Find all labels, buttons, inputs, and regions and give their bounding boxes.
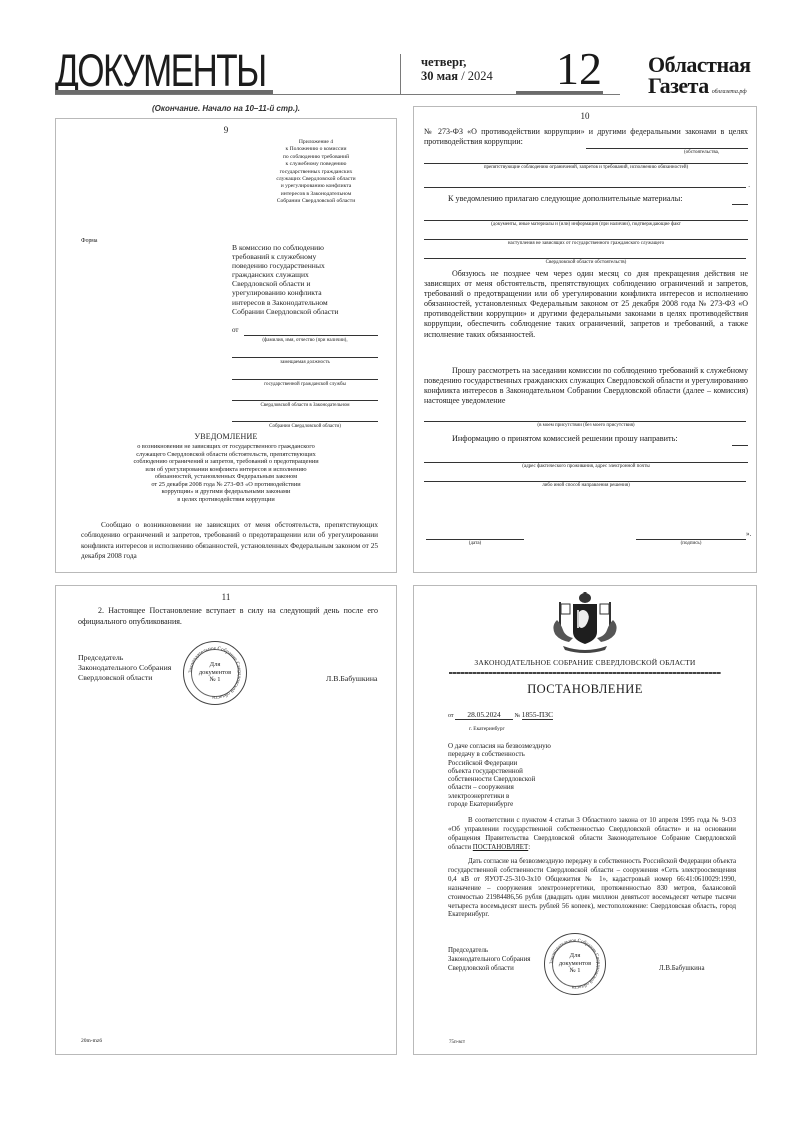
addressee-block: В комиссию по соблюдениютребований к слу… <box>232 243 382 316</box>
request-paragraph: Прошу рассмотреть на заседании комиссии … <box>424 366 748 406</box>
notice-subtitle-line: коррупции» и другими федеральными закона… <box>76 488 376 496</box>
addressee-line: интересов в Законодательном <box>232 298 382 307</box>
resolution-date-number: от 28.05.2024 № 1855-ПЗС <box>448 710 553 721</box>
official-stamp: Законодательное Собрание Свердловской об… <box>183 641 247 705</box>
subject-line: Российской Федерации <box>448 759 578 767</box>
appendix-heading: Приложение 4к Положению о комиссиипо соб… <box>241 139 391 206</box>
clause-2: 2. Настоящее Постановление вступает в си… <box>78 606 378 627</box>
appendix-line: к Положению о комиссии <box>241 146 391 153</box>
subject-line: электроэнергетики в <box>448 792 578 800</box>
obligation-paragraph: Обязуюсь не позднее чем через один месяц… <box>424 269 748 340</box>
notice-subtitle: о возникновении не зависящих от государс… <box>76 443 376 503</box>
date-day-month: 30 мая <box>421 69 458 83</box>
notice-title: УВЕДОМЛЕНИЕ <box>56 432 396 441</box>
coat-of-arms-icon <box>537 592 633 654</box>
notice-subtitle-line: о возникновении не зависящих от государс… <box>76 443 376 451</box>
stamp-center-text: Длядокументов№ 1 <box>545 952 605 975</box>
subject-line: городе Екатеринбурге <box>448 800 578 808</box>
weekday: четверг, <box>421 55 493 69</box>
delivery-field-3[interactable] <box>424 481 746 482</box>
notice-body: Сообщаю о возникновении не зависящих от … <box>81 520 378 562</box>
stamp-line: № 1 <box>184 676 246 684</box>
subject-line: О даче согласия на безвозмездную <box>448 742 578 750</box>
page-number: 11 <box>56 592 396 602</box>
document-page-9: 9 Приложение 4к Положению о комиссиипо с… <box>55 118 397 573</box>
field-caption: замещаемая должность <box>232 360 378 366</box>
stamp-line: Для <box>184 661 246 669</box>
newspaper-brand[interactable]: Областная Газетаоблгазета.рф <box>648 54 751 103</box>
field-caption: либо иной способ направления решения) <box>424 483 748 489</box>
delivery-field-2[interactable] <box>424 462 748 463</box>
subject-line: объекта государственной <box>448 767 578 775</box>
notice-subtitle-line: соблюдению ограничений и запретов, требо… <box>76 458 376 466</box>
field-caption: наступления не зависящих от государствен… <box>424 241 748 247</box>
brand-line-1: Областная <box>648 54 751 75</box>
period-mark: . <box>748 181 750 189</box>
signatory-line: Председатель <box>78 653 171 663</box>
brand-site[interactable]: облгазета.рф <box>712 89 747 95</box>
stamp-line: документов <box>184 669 246 677</box>
subject-line: собственности Свердловской <box>448 775 578 783</box>
date-field[interactable] <box>426 539 524 540</box>
signatory-name: Л.В.Бабушкина <box>659 965 705 972</box>
closing-mark: ». <box>746 530 751 538</box>
appendix-line: Собрании Свердловской области <box>241 198 391 205</box>
number-prefix: № <box>515 713 521 719</box>
stamp-center-text: Длядокументов№ 1 <box>184 661 246 684</box>
signatory-name: Л.В.Бабушкина <box>326 674 378 683</box>
field-caption: Собрании Свердловской области) <box>232 424 378 430</box>
signatory-line: Законодательного Собрания <box>448 956 530 965</box>
document-page-10: 10 № 273-ФЗ «О противодействии коррупции… <box>413 106 757 573</box>
attachments-label: К уведомлению прилагаю следующие дополни… <box>448 194 682 203</box>
continued-note: (Окончание. Начало на 10–11-й стр.). <box>55 104 397 113</box>
date-caption: (дата) <box>426 541 524 547</box>
issue-date: четверг, 30 мая / 2024 <box>421 55 493 83</box>
header-separator <box>400 54 401 95</box>
resolution-subject: О даче согласия на безвозмезднуюпередачу… <box>448 742 578 808</box>
section-title: ДОКУМЕНТЫ <box>55 48 266 94</box>
field-caption: (фамилия, имя, отчество (при наличии), <box>232 338 378 344</box>
appendix-line: и урегулированию конфликта <box>241 183 391 190</box>
document-page-resolution: ЗАКОНОДАТЕЛЬНОЕ СОБРАНИЕ СВЕРДЛОВСКОЙ ОБ… <box>413 585 757 1055</box>
notice-subtitle-line: от 25 декабря 2008 года № 273-ФЗ «О прот… <box>76 481 376 489</box>
addressee-line: В комиссию по соблюдению <box>232 243 382 252</box>
form-label: Форма <box>81 237 98 245</box>
intro-text: № 273-ФЗ «О противодействии коррупции» и… <box>424 127 748 148</box>
resolution-clause-1: Дать согласие на безвозмездную передачу … <box>448 858 736 920</box>
sender-field[interactable] <box>232 357 378 358</box>
notice-subtitle-line: обязанностей, установленных Федеральным … <box>76 473 376 481</box>
notice-subtitle-line: служащего Свердловской области обстоятел… <box>76 451 376 459</box>
delivery-field[interactable] <box>732 445 748 446</box>
field-caption: (обстоятельства, <box>684 150 719 156</box>
organization-name: ЗАКОНОДАТЕЛЬНОЕ СОБРАНИЕ СВЕРДЛОВСКОЙ ОБ… <box>414 658 756 667</box>
addressee-line: Свердловской области и <box>232 279 382 288</box>
signature-caption: (подпись) <box>636 541 746 547</box>
field-caption: препятствующие соблюдению ограничений, з… <box>424 165 748 171</box>
addressee-line: требований к служебному <box>232 252 382 261</box>
stamp-line: документов <box>545 960 605 968</box>
appendix-line: Приложение 4 <box>241 139 391 146</box>
signatory-title: ПредседательЗаконодательного СобранияСве… <box>78 653 171 684</box>
header-rule <box>55 94 400 95</box>
addressee-line: Собрании Свердловской области <box>232 307 382 316</box>
date-prefix: от <box>448 713 454 719</box>
circumstances-field[interactable] <box>586 148 748 149</box>
page-number: 9 <box>56 125 396 135</box>
sender-field[interactable] <box>232 379 378 380</box>
city: г. Екатеринбург <box>469 726 505 732</box>
addressee-line: гражданских служащих <box>232 270 382 279</box>
field-caption: (в моем присутствии (без моего присутств… <box>424 423 748 429</box>
attachments-field-3[interactable] <box>424 239 748 240</box>
official-stamp: Законодательное Собрание Свердловской об… <box>544 933 606 995</box>
resolution-date: 28.05.2024 <box>455 710 513 720</box>
brand-line-2: Газета <box>648 73 709 98</box>
stamp-line: № 1 <box>545 967 605 975</box>
field-caption: (документы, иные материалы и (или) инфор… <box>424 222 748 228</box>
notice-subtitle-line: или об урегулировании конфликта интересо… <box>76 466 376 474</box>
footer-code: 20m-mz6 <box>81 1038 102 1044</box>
document-type: ПОСТАНОВЛЕНИЕ <box>414 682 756 697</box>
preamble: В соответствии с пунктом 4 статьи 3 Обла… <box>448 817 736 853</box>
attachments-field[interactable] <box>732 204 748 205</box>
decree-colon: : <box>528 844 530 851</box>
appendix-line: к служебному поведению <box>241 161 391 168</box>
letterhead-rule <box>449 672 721 674</box>
stamp-line: Для <box>545 952 605 960</box>
signatory-line: Свердловской области <box>448 965 530 974</box>
date-year: / 2024 <box>461 69 493 83</box>
sender-field[interactable] <box>244 335 378 336</box>
signatory-line: Свердловской области <box>78 673 171 683</box>
addressee-line: поведению государственных <box>232 261 382 270</box>
page-number: 10 <box>414 111 756 121</box>
signatory-title: ПредседательЗаконодательного СобранияСве… <box>448 947 530 974</box>
field-caption: (адрес фактического проживания, адрес эл… <box>424 464 748 470</box>
signature-field[interactable] <box>636 539 746 540</box>
notice-subtitle-line: в целях противодействия коррупции <box>76 496 376 504</box>
resolution-number: 1855-ПЗС <box>522 710 553 720</box>
footer-code: 75п-вст <box>449 1040 465 1045</box>
field-caption: государственной гражданской службы <box>232 382 378 388</box>
field-caption: Свердловской области обстоятельств) <box>424 260 748 266</box>
sender-field[interactable] <box>232 400 378 401</box>
appendix-line: государственных гражданских <box>241 169 391 176</box>
signatory-line: Законодательного Собрания <box>78 663 171 673</box>
from-label: от <box>232 326 238 334</box>
subject-line: области – сооружения <box>448 783 578 791</box>
circumstances-field-2[interactable] <box>424 163 748 164</box>
document-page-11: 11 2. Настоящее Постановление вступает в… <box>55 585 397 1055</box>
decision-delivery-label: Информацию о принятом комиссией решении … <box>452 434 678 443</box>
signatory-line: Председатель <box>448 947 530 956</box>
attachments-field-4[interactable] <box>424 258 746 259</box>
sender-field[interactable] <box>232 421 378 422</box>
presence-field[interactable] <box>424 421 746 422</box>
circumstances-field-3[interactable] <box>424 187 746 188</box>
field-caption: Свердловской области в Законодательном <box>232 403 378 409</box>
addressee-line: урегулированию конфликта <box>232 288 382 297</box>
attachments-field-2[interactable] <box>424 220 748 221</box>
subject-line: передачу в собственность <box>448 750 578 758</box>
decree-word: ПОСТАНОВЛЯЕТ <box>473 844 528 851</box>
header-rule-right <box>400 94 620 95</box>
newspaper-page-number: 12 <box>520 44 638 94</box>
